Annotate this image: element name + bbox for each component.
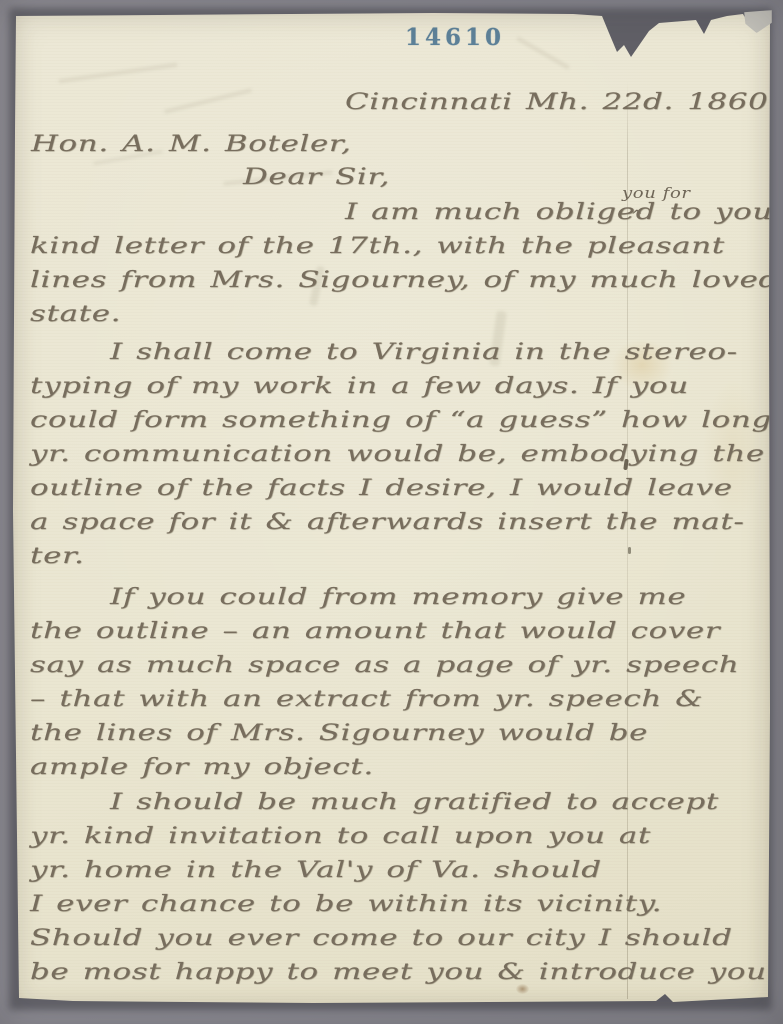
letter-line: I shall come to Virginia in the stereo-	[110, 340, 765, 374]
letter-line: could form something of “a guess” how lo…	[30, 408, 765, 442]
letter-line: the outline – an amount that would cover	[30, 619, 765, 653]
salutation-line: Dear Sir,	[243, 165, 348, 190]
letter-line: state.	[30, 302, 765, 336]
letter-line: yr. communication would be, embodying th…	[30, 442, 765, 476]
letter-line: lines from Mrs. Sigourney, of my much lo…	[30, 268, 765, 302]
letter-paragraph: If you could from memory give me the out…	[30, 585, 765, 789]
letter-paragraph: I am much obliged to your kind letter of…	[30, 200, 765, 336]
letter-line: I should be much gratified to accept	[110, 790, 765, 824]
recipient-line: Hon. A. M. Boteler,	[31, 132, 260, 157]
letter-line: If you could from memory give me	[110, 585, 765, 619]
letter-line: kind letter of the 17th., with the pleas…	[30, 234, 765, 268]
showthrough-mark	[58, 63, 177, 84]
letter-line: be most happy to meet you & introduce yo…	[30, 960, 765, 994]
letter-page: 14610 Cincinnati Mh. 22d. 1860. Hon. A. …	[13, 11, 770, 1006]
letter-line: yr. home in the Val'y of Va. should	[30, 858, 765, 892]
letter-line: typing of my work in a few days. If you	[30, 374, 765, 408]
letter-line: the lines of Mrs. Sigourney would be	[30, 721, 765, 755]
letter-line: ample for my object.	[30, 755, 765, 789]
letter-line: – that with an extract from yr. speech &	[30, 687, 765, 721]
letter-line: I ever chance to be within its vicinity.	[30, 892, 765, 926]
showthrough-mark	[164, 88, 252, 114]
letter-line: a space for it & afterwards insert the m…	[30, 510, 765, 544]
catalog-number-stamp: 14610	[405, 24, 505, 51]
letter-line: say as much space as a page of yr. speec…	[30, 653, 765, 687]
scan-background: 14610 Cincinnati Mh. 22d. 1860. Hon. A. …	[0, 0, 783, 1024]
letter-paragraph: I shall come to Virginia in the stereo- …	[30, 340, 765, 578]
letter-line: yr. kind invitation to call upon you at	[30, 824, 765, 858]
dateline: Cincinnati Mh. 22d. 1860.	[345, 90, 655, 115]
showthrough-mark	[516, 36, 570, 69]
letter-line: ter.	[30, 544, 765, 578]
letter-line: I am much obliged to your	[345, 200, 765, 234]
letter-line: outline of the facts I desire, I would l…	[30, 476, 765, 510]
letter-paragraph: I should be much gratified to accept yr.…	[30, 790, 765, 994]
letter-line: Should you ever come to our city I shoul…	[30, 926, 765, 960]
